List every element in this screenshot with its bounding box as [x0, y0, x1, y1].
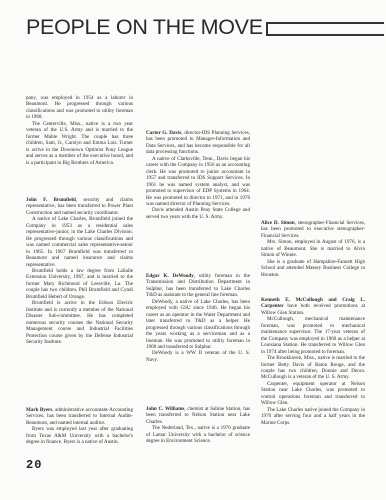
page-title: PEOPLE ON THE MOVE: [26, 15, 263, 40]
article-byers: Mark Byers, administrative accountant-Ac…: [26, 407, 133, 446]
article-turner-continued: pany, was employed in 1954 as a laborer …: [26, 95, 133, 166]
article-paragraph: The Lake Charles native joined the Compa…: [261, 407, 365, 426]
column-3-mccullough-carpenter: Kenneth E. McCullough and Craig L. Carpe…: [261, 297, 365, 426]
page-header: PEOPLE ON THE MOVE: [26, 15, 384, 40]
article-paragraph: Byers was employed last year after gradu…: [26, 426, 133, 445]
column-2-davis: Carter G. Davis, director-IDS Planning S…: [146, 130, 250, 220]
article-paragraph: Brumfield is active in the Edison Electr…: [26, 300, 133, 345]
column-1-byers: Mark Byers, administrative accountant-Ac…: [26, 407, 133, 446]
article-paragraph: Brumfield holds a law degree from LaSall…: [26, 268, 133, 300]
person-name: Edgar K. DeWoody: [146, 273, 194, 279]
article-paragraph: pany, was employed in 1954 as a laborer …: [26, 95, 133, 121]
article-williams: John C. Williams, chemist at Sabine Stat…: [146, 406, 250, 445]
column-2-williams: John C. Williams, chemist at Sabine Stat…: [146, 406, 250, 445]
article-simon: Alice D. Simon, stenographer-Financial S…: [261, 220, 365, 278]
article-paragraph: A native of Lake Charles, Brumfield join…: [26, 216, 133, 268]
article-paragraph: DeWoody, a native of Lake Charles, has b…: [146, 299, 250, 351]
article-davis: Carter G. Davis, director-IDS Planning S…: [146, 130, 250, 220]
article-paragraph: Davis attended Austin Peay State College…: [146, 207, 250, 220]
article-dewoody: Edgar K. DeWoody, utility foreman in the…: [146, 273, 250, 363]
column-2-dewoody: Edgar K. DeWoody, utility foreman in the…: [146, 273, 250, 363]
column-3-simon: Alice D. Simon, stenographer-Financial S…: [261, 220, 365, 278]
article-paragraph: Carpenter, equipment operator at Nelson …: [261, 381, 365, 407]
person-name: Alice D. Simon: [261, 220, 295, 226]
page-number: 20: [26, 458, 42, 472]
article-paragraph: Mrs. Simon, employed in August of 1976, …: [261, 239, 365, 258]
article-paragraph: The Brookhaven, Miss., native is married…: [261, 355, 365, 381]
article-brumfield: John F. Brumfield, security and claims r…: [26, 197, 133, 345]
article-paragraph: She is a graduate of Hampshire-Fannett H…: [261, 259, 365, 278]
column-1-brumfield: John F. Brumfield, security and claims r…: [26, 197, 133, 345]
article-paragraph: DeWoody is a WW II veteran of the U. S. …: [146, 350, 250, 363]
article-paragraph: The Nederland, Tex., native is a 1976 gr…: [146, 425, 250, 444]
article-paragraph: McCullough, mechanical maintenance forem…: [261, 316, 365, 355]
column-1: pany, was employed in 1954 as a laborer …: [26, 95, 133, 166]
article-mccullough-carpenter: Kenneth E. McCullough and Craig L. Carpe…: [261, 297, 365, 426]
title-rule-bar: [266, 22, 384, 36]
article-paragraph: A native of Clarksville, Tenn., Davis be…: [146, 156, 250, 208]
article-paragraph: The Centerville, Miss., native is a two …: [26, 121, 133, 166]
